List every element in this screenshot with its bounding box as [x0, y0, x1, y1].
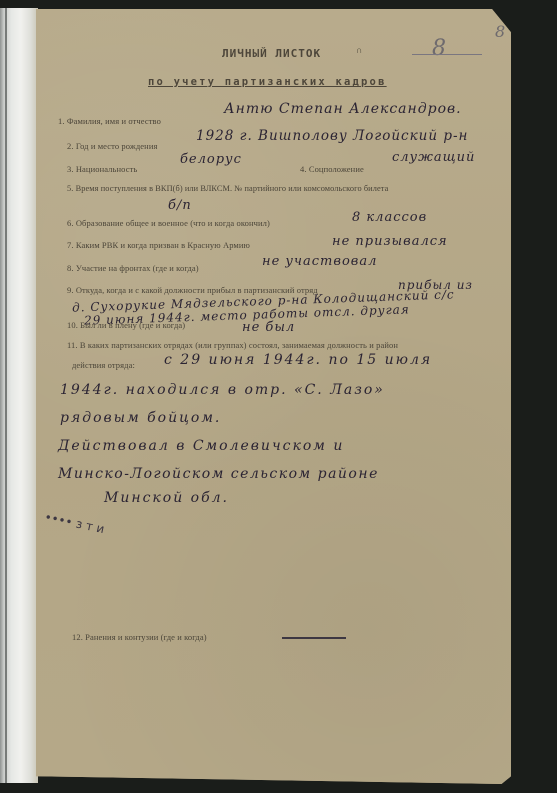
field-11-value-line-3: рядовым бойцом. [60, 410, 221, 426]
field-3-label: 3. Национальность [67, 164, 137, 174]
document-title: ЛИЧНЫЙ ЛИСТОК [222, 47, 321, 60]
field-10-label: 10. Был ли в плену (где и когда) [67, 320, 185, 330]
document-subtitle: по учету партизанских кадров [148, 76, 387, 88]
field-6-label: 6. Образование общее и военное (что и ко… [67, 218, 270, 228]
field-4-label: 4. Соцположение [300, 164, 364, 174]
field-11-value-line-5: Минско-Логойском сельском районе [58, 466, 379, 482]
field-5-value: б/п [168, 198, 192, 213]
field-11-label-cont: действия отряда: [72, 360, 135, 370]
field-2-value: 1928 г. Вишполову Логойский р-н [196, 128, 468, 144]
binding-edge [0, 8, 38, 783]
field-10-value: не был [242, 320, 295, 335]
field-8-value: не участвовал [262, 254, 377, 269]
field-11-value-line-1: с 29 июня 1944г. по 15 июля [164, 352, 432, 368]
field-1-label: 1. Фамилия, имя и отчество [58, 116, 161, 126]
pencil-sheet-number: 8 [495, 22, 505, 41]
field-11-value-line-6: Минской обл. [104, 490, 229, 506]
field-6-value: 8 классов [352, 210, 427, 225]
field-2-label: 2. Год и место рождения [67, 141, 158, 151]
field-3-value: белорус [180, 152, 242, 167]
title-mark: ∩ [356, 45, 363, 55]
field-7-label: 7. Каким РВК и когда призван в Красную А… [67, 240, 250, 250]
pencil-underline [412, 54, 482, 55]
field-1-value: Антю Степан Александров. [224, 101, 462, 117]
field-11-value-line-2: 1944г. находился в отр. «С. Лазо» [60, 382, 385, 398]
field-12-dash [282, 637, 346, 639]
field-11-value-line-4: Действовал в Смолевичском и [58, 438, 344, 454]
pencil-page-number: 8 [432, 36, 446, 61]
field-11-label: 11. В каких партизанских отрядах (или гр… [67, 340, 398, 350]
field-12-label: 12. Ранения и контузии (где и когда) [72, 632, 207, 642]
field-5-label: 5. Время поступления в ВКП(б) или ВЛКСМ.… [67, 184, 388, 193]
field-7-value: не призывался [332, 234, 448, 249]
field-4-value: служащий [392, 150, 475, 165]
field-8-label: 8. Участие на фронтах (где и когда) [67, 263, 199, 273]
